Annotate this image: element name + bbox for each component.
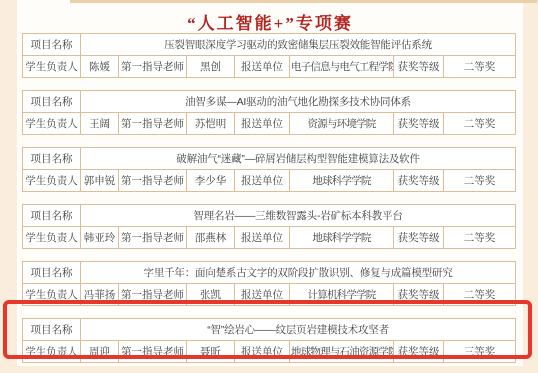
project-title: 压裂智眼深度学习驱动的致密储集层压裂效能智能评估系统: [81, 34, 516, 56]
award-value: 二等奖: [444, 170, 516, 192]
advisor-name: 苏恺明: [187, 113, 235, 135]
advisor-label: 第一指导老师: [119, 56, 187, 78]
unit-label: 报送单位: [235, 341, 290, 363]
advisor-label: 第一指导老师: [119, 284, 187, 306]
unit-name: 电子信息与电气工程学院: [290, 56, 394, 78]
award-level-label: 获奖等级: [394, 227, 444, 249]
detail-row: 学生负责人 韩亚玲 第一指导老师 邵燕林 报送单位 地球科学学院 获奖等级 二等…: [23, 227, 516, 249]
project-label: 项目名称: [23, 319, 81, 341]
unit-name: 地球物理与石油资源学院: [290, 341, 394, 363]
project-title: 油智多谋—AI驱动的油气地化勘探多技术协同体系: [81, 91, 516, 113]
unit-name: 地球科学学院: [290, 170, 394, 192]
student-name: 郭申锐: [81, 170, 119, 192]
advisor-label: 第一指导老师: [119, 170, 187, 192]
project-label: 项目名称: [23, 34, 81, 56]
advisor-label: 第一指导老师: [119, 113, 187, 135]
advisor-label: 第一指导老师: [119, 341, 187, 363]
student-label: 学生负责人: [23, 227, 81, 249]
award-table-6-highlighted: 项目名称 “智”绘岩心——纹层页岩建模技术攻坚者 学生负责人 周迎 第一指导老师…: [22, 318, 516, 363]
advisor-name: 李少华: [187, 170, 235, 192]
project-title: 智理名岩——三维数智露头-岩矿标本科教平台: [81, 205, 516, 227]
student-name: 王阔: [81, 113, 119, 135]
award-value: 二等奖: [444, 113, 516, 135]
advisor-name: 聂昕: [187, 341, 235, 363]
award-value: 二等奖: [444, 56, 516, 78]
unit-label: 报送单位: [235, 113, 290, 135]
award-value: 二等奖: [444, 284, 516, 306]
award-level-label: 获奖等级: [394, 284, 444, 306]
unit-label: 报送单位: [235, 284, 290, 306]
award-table-5: 项目名称 字里千年：面向楚系古文字的双阶段扩散识别、修复与成篇模型研究 学生负责…: [22, 261, 516, 306]
unit-name: 资源与环境学院: [290, 113, 394, 135]
detail-row: 学生负责人 陈媛 第一指导老师 黑创 报送单位 电子信息与电气工程学院 获奖等级…: [23, 56, 516, 78]
advisor-name: 邵燕林: [187, 227, 235, 249]
project-label: 项目名称: [23, 148, 81, 170]
award-value: 二等奖: [444, 227, 516, 249]
unit-label: 报送单位: [235, 227, 290, 249]
project-title: “智”绘岩心——纹层页岩建模技术攻坚者: [81, 319, 516, 341]
project-title: 破解油气“迷藏”—碎屑岩储层构型智能建模算法及软件: [81, 148, 516, 170]
detail-row: 学生负责人 周迎 第一指导老师 聂昕 报送单位 地球物理与石油资源学院 获奖等级…: [23, 341, 516, 363]
student-label: 学生负责人: [23, 170, 81, 192]
student-label: 学生负责人: [23, 284, 81, 306]
award-value: 三等奖: [444, 341, 516, 363]
award-level-label: 获奖等级: [394, 341, 444, 363]
award-table-4: 项目名称 智理名岩——三维数智露头-岩矿标本科教平台 学生负责人 韩亚玲 第一指…: [22, 204, 516, 249]
award-table-3: 项目名称 破解油气“迷藏”—碎屑岩储层构型智能建模算法及软件 学生负责人 郭申锐…: [22, 147, 516, 192]
project-row: 项目名称 压裂智眼深度学习驱动的致密储集层压裂效能智能评估系统: [23, 34, 516, 56]
advisor-name: 张凯: [187, 284, 235, 306]
page-title: “人工智能+”专项赛: [17, 0, 523, 33]
unit-label: 报送单位: [235, 170, 290, 192]
project-row: 项目名称 字里千年：面向楚系古文字的双阶段扩散识别、修复与成篇模型研究: [23, 262, 516, 284]
student-name: 周迎: [81, 341, 119, 363]
award-level-label: 获奖等级: [394, 113, 444, 135]
project-label: 项目名称: [23, 205, 81, 227]
student-name: 陈媛: [81, 56, 119, 78]
unit-name: 地球科学学院: [290, 227, 394, 249]
student-label: 学生负责人: [23, 341, 81, 363]
award-level-label: 获奖等级: [394, 56, 444, 78]
content-panel: “人工智能+”专项赛 项目名称 压裂智眼深度学习驱动的致密储集层压裂效能智能评估…: [17, 0, 523, 366]
student-label: 学生负责人: [23, 113, 81, 135]
award-table-2: 项目名称 油智多谋—AI驱动的油气地化勘探多技术协同体系 学生负责人 王阔 第一…: [22, 90, 516, 135]
project-row: 项目名称 破解油气“迷藏”—碎屑岩储层构型智能建模算法及软件: [23, 148, 516, 170]
unit-name: 计算机科学学院: [290, 284, 394, 306]
advisor-name: 黑创: [187, 56, 235, 78]
unit-label: 报送单位: [235, 56, 290, 78]
award-table-1: 项目名称 压裂智眼深度学习驱动的致密储集层压裂效能智能评估系统 学生负责人 陈媛…: [22, 33, 516, 78]
project-label: 项目名称: [23, 91, 81, 113]
project-row: 项目名称 智理名岩——三维数智露头-岩矿标本科教平台: [23, 205, 516, 227]
detail-row: 学生负责人 郭申锐 第一指导老师 李少华 报送单位 地球科学学院 获奖等级 二等…: [23, 170, 516, 192]
project-label: 项目名称: [23, 262, 81, 284]
award-level-label: 获奖等级: [394, 170, 444, 192]
project-row: 项目名称 油智多谋—AI驱动的油气地化勘探多技术协同体系: [23, 91, 516, 113]
detail-row: 学生负责人 王阔 第一指导老师 苏恺明 报送单位 资源与环境学院 获奖等级 二等…: [23, 113, 516, 135]
top-divider: [70, 0, 537, 3]
project-title: 字里千年：面向楚系古文字的双阶段扩散识别、修复与成篇模型研究: [81, 262, 516, 284]
project-row: 项目名称 “智”绘岩心——纹层页岩建模技术攻坚者: [23, 319, 516, 341]
student-name: 韩亚玲: [81, 227, 119, 249]
student-label: 学生负责人: [23, 56, 81, 78]
student-name: 冯菲扬: [81, 284, 119, 306]
advisor-label: 第一指导老师: [119, 227, 187, 249]
detail-row: 学生负责人 冯菲扬 第一指导老师 张凯 报送单位 计算机科学学院 获奖等级 二等…: [23, 284, 516, 306]
